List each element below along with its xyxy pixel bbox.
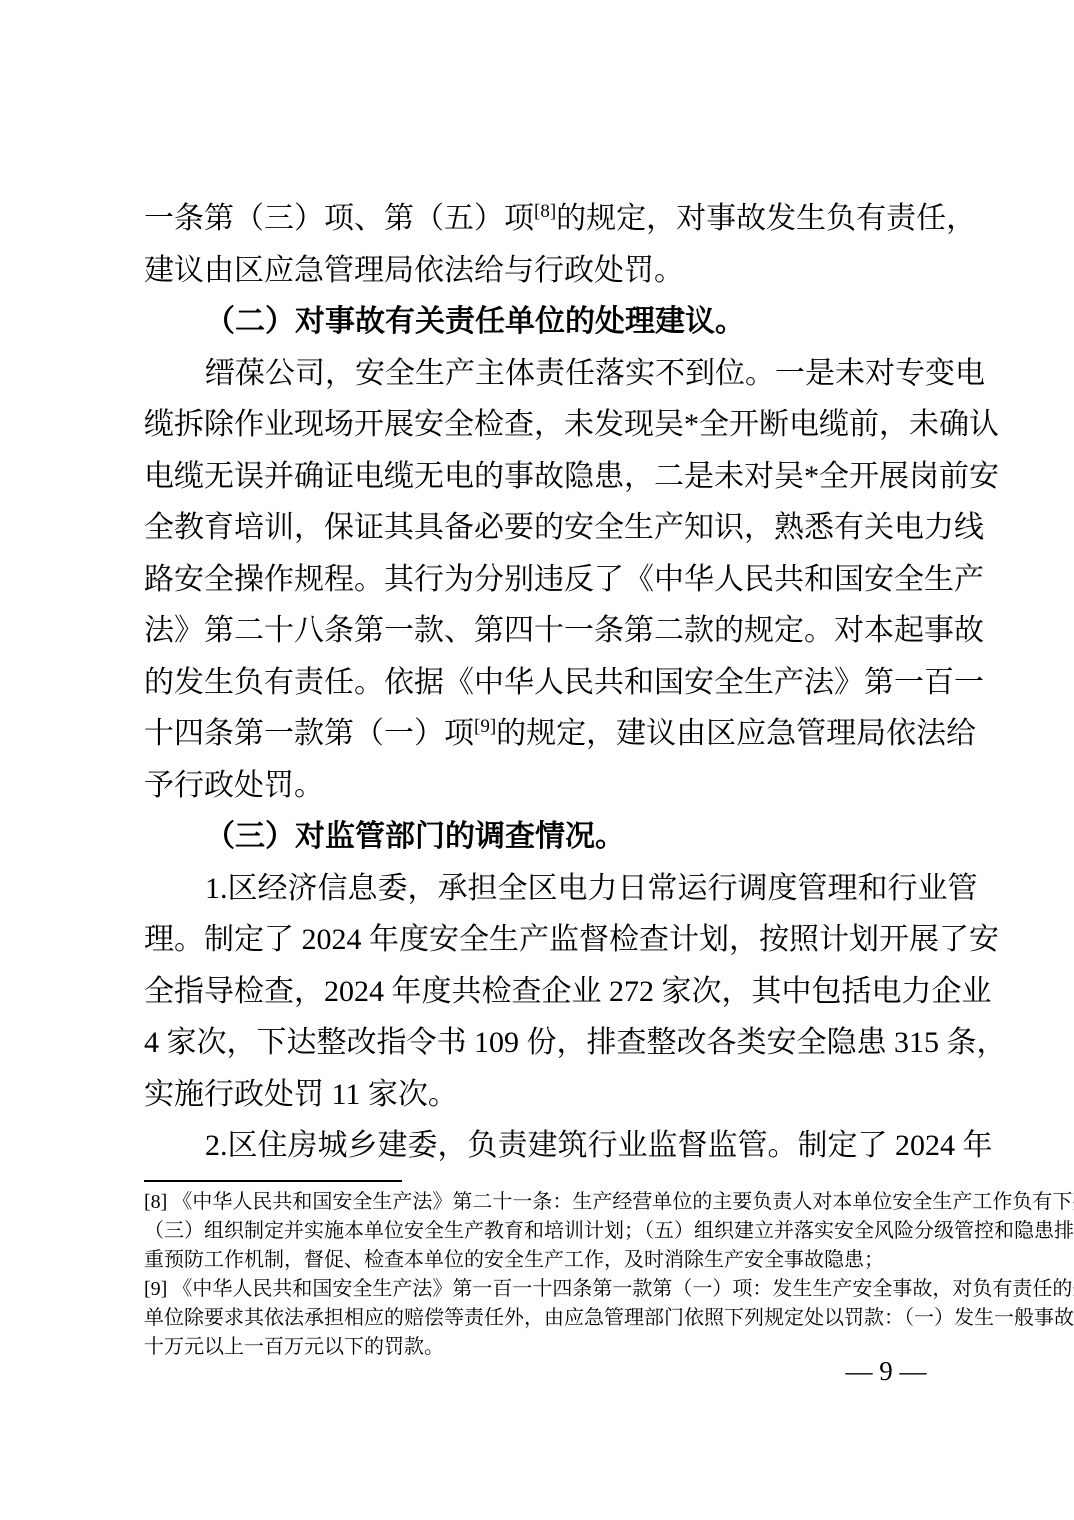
body-line: 缙葆公司，安全生产主体责任落实不到位。一是未对专变电 [144,348,933,400]
body-line: 法》第二十八条第一款、第四十一条第二款的规定。对本起事故 [144,605,933,657]
body-text: 电缆无误并确证电缆无电的事故隐患，二是未对吴*全开展岗前安 [144,460,999,493]
body-line: 缆拆除作业现场开展安全检查，未发现吴*全开断电缆前，未确认 [144,399,933,451]
document-page: 一条第（三）项、第（五）项[8]的规定，对事故发生负有责任，建议由区应急管理局依… [0,0,1074,1520]
section-heading-line: （三）对监管部门的调查情况。 [144,811,933,863]
body-text: 法》第二十八条第一款、第四十一条第二款的规定。对本起事故 [144,614,984,647]
body-text: 予行政处罚。 [144,769,324,802]
body-line: 全教育培训，保证其具备必要的安全生产知识，熟悉有关电力线 [144,502,933,554]
body-line: 的发生负有责任。依据《中华人民共和国安全生产法》第一百一 [144,657,933,709]
body-text: 一条第（三）项、第（五）项 [144,202,534,235]
body-text: 实施行政处罚 11 家次。 [144,1078,458,1111]
footnote-line: [9] 《中华人民共和国安全生产法》第一百一十四条第一款第（一）项：发生生产安全… [144,1275,934,1304]
body-text: 的规定，建议由区应急管理局依法给 [496,717,976,750]
body-text: 的规定，对事故发生负有责任， [556,202,976,235]
body-line: 实施行政处罚 11 家次。 [144,1069,933,1121]
body-line: 建议由区应急管理局依法给与行政处罚。 [144,245,933,297]
body-line: 全指导检查，2024 年度共检查企业 272 家次，其中包括电力企业 [144,966,933,1018]
body-text: 理。制定了 2024 年度安全生产监督检查计划，按照计划开展了安 [144,923,999,956]
footnote-reference: [8] [534,201,556,222]
section-heading-line: （二）对事故有关责任单位的处理建议。 [144,296,933,348]
footnote-line: 重预防工作机制，督促、检查本单位的安全生产工作，及时消除生产安全事故隐患； [144,1246,934,1275]
body-line: 理。制定了 2024 年度安全生产监督检查计划，按照计划开展了安 [144,914,933,966]
body-line: 予行政处罚。 [144,760,933,812]
body-line: 十四条第一款第（一）项[9]的规定，建议由区应急管理局依法给 [144,708,933,760]
body-text: 4 家次，下达整改指令书 109 份，排查整改各类安全隐患 315 条， [144,1026,1007,1059]
body-text: 2.区住房城乡建委，负责建筑行业监督监管。制定了 2024 年 [205,1129,993,1162]
body-text: 缆拆除作业现场开展安全检查，未发现吴*全开断电缆前，未确认 [144,408,999,441]
body-text: 建议由区应急管理局依法给与行政处罚。 [144,254,684,287]
body-text: 全教育培训，保证其具备必要的安全生产知识，熟悉有关电力线 [144,511,984,544]
body-line: 2.区住房城乡建委，负责建筑行业监督监管。制定了 2024 年 [144,1120,933,1172]
body-text: （二）对事故有关责任单位的处理建议。 [205,305,745,338]
body-line: 一条第（三）项、第（五）项[8]的规定，对事故发生负有责任， [144,193,933,245]
footnote-line: 十万元以上一百万元以下的罚款。 [144,1333,934,1362]
body-line: 电缆无误并确证电缆无电的事故隐患，二是未对吴*全开展岗前安 [144,451,933,503]
footnotes-block: [8] 《中华人民共和国安全生产法》第二十一条：生产经营单位的主要负责人对本单位… [144,1188,934,1362]
body-text: 1.区经济信息委，承担全区电力日常运行调度管理和行业管 [205,872,978,905]
body-text: 路安全操作规程。其行为分别违反了《中华人民共和国安全生产 [144,563,984,596]
footnote-line: 单位除要求其依法承担相应的赔偿等责任外，由应急管理部门依照下列规定处以罚款：（一… [144,1304,934,1333]
body-text: 十四条第一款第（一）项 [144,717,474,750]
body-text: 缙葆公司，安全生产主体责任落实不到位。一是未对专变电 [205,357,985,390]
footnote-reference: [9] [474,716,496,737]
body-text-block: 一条第（三）项、第（五）项[8]的规定，对事故发生负有责任，建议由区应急管理局依… [144,193,933,1172]
body-text: 的发生负有责任。依据《中华人民共和国安全生产法》第一百一 [144,666,984,699]
footnote-line: （三）组织制定并实施本单位安全生产教育和培训计划；（五）组织建立并落实安全风险分… [144,1217,934,1246]
body-line: 路安全操作规程。其行为分别违反了《中华人民共和国安全生产 [144,554,933,606]
page-number: — 9 — [836,1356,936,1387]
footnote-line: [8] 《中华人民共和国安全生产法》第二十一条：生产经营单位的主要负责人对本单位… [144,1188,934,1217]
body-text: （三）对监管部门的调查情况。 [205,820,625,853]
body-line: 1.区经济信息委，承担全区电力日常运行调度管理和行业管 [144,863,933,915]
body-text: 全指导检查，2024 年度共检查企业 272 家次，其中包括电力企业 [144,975,992,1008]
footnote-separator [144,1180,402,1182]
body-line: 4 家次，下达整改指令书 109 份，排查整改各类安全隐患 315 条， [144,1017,933,1069]
